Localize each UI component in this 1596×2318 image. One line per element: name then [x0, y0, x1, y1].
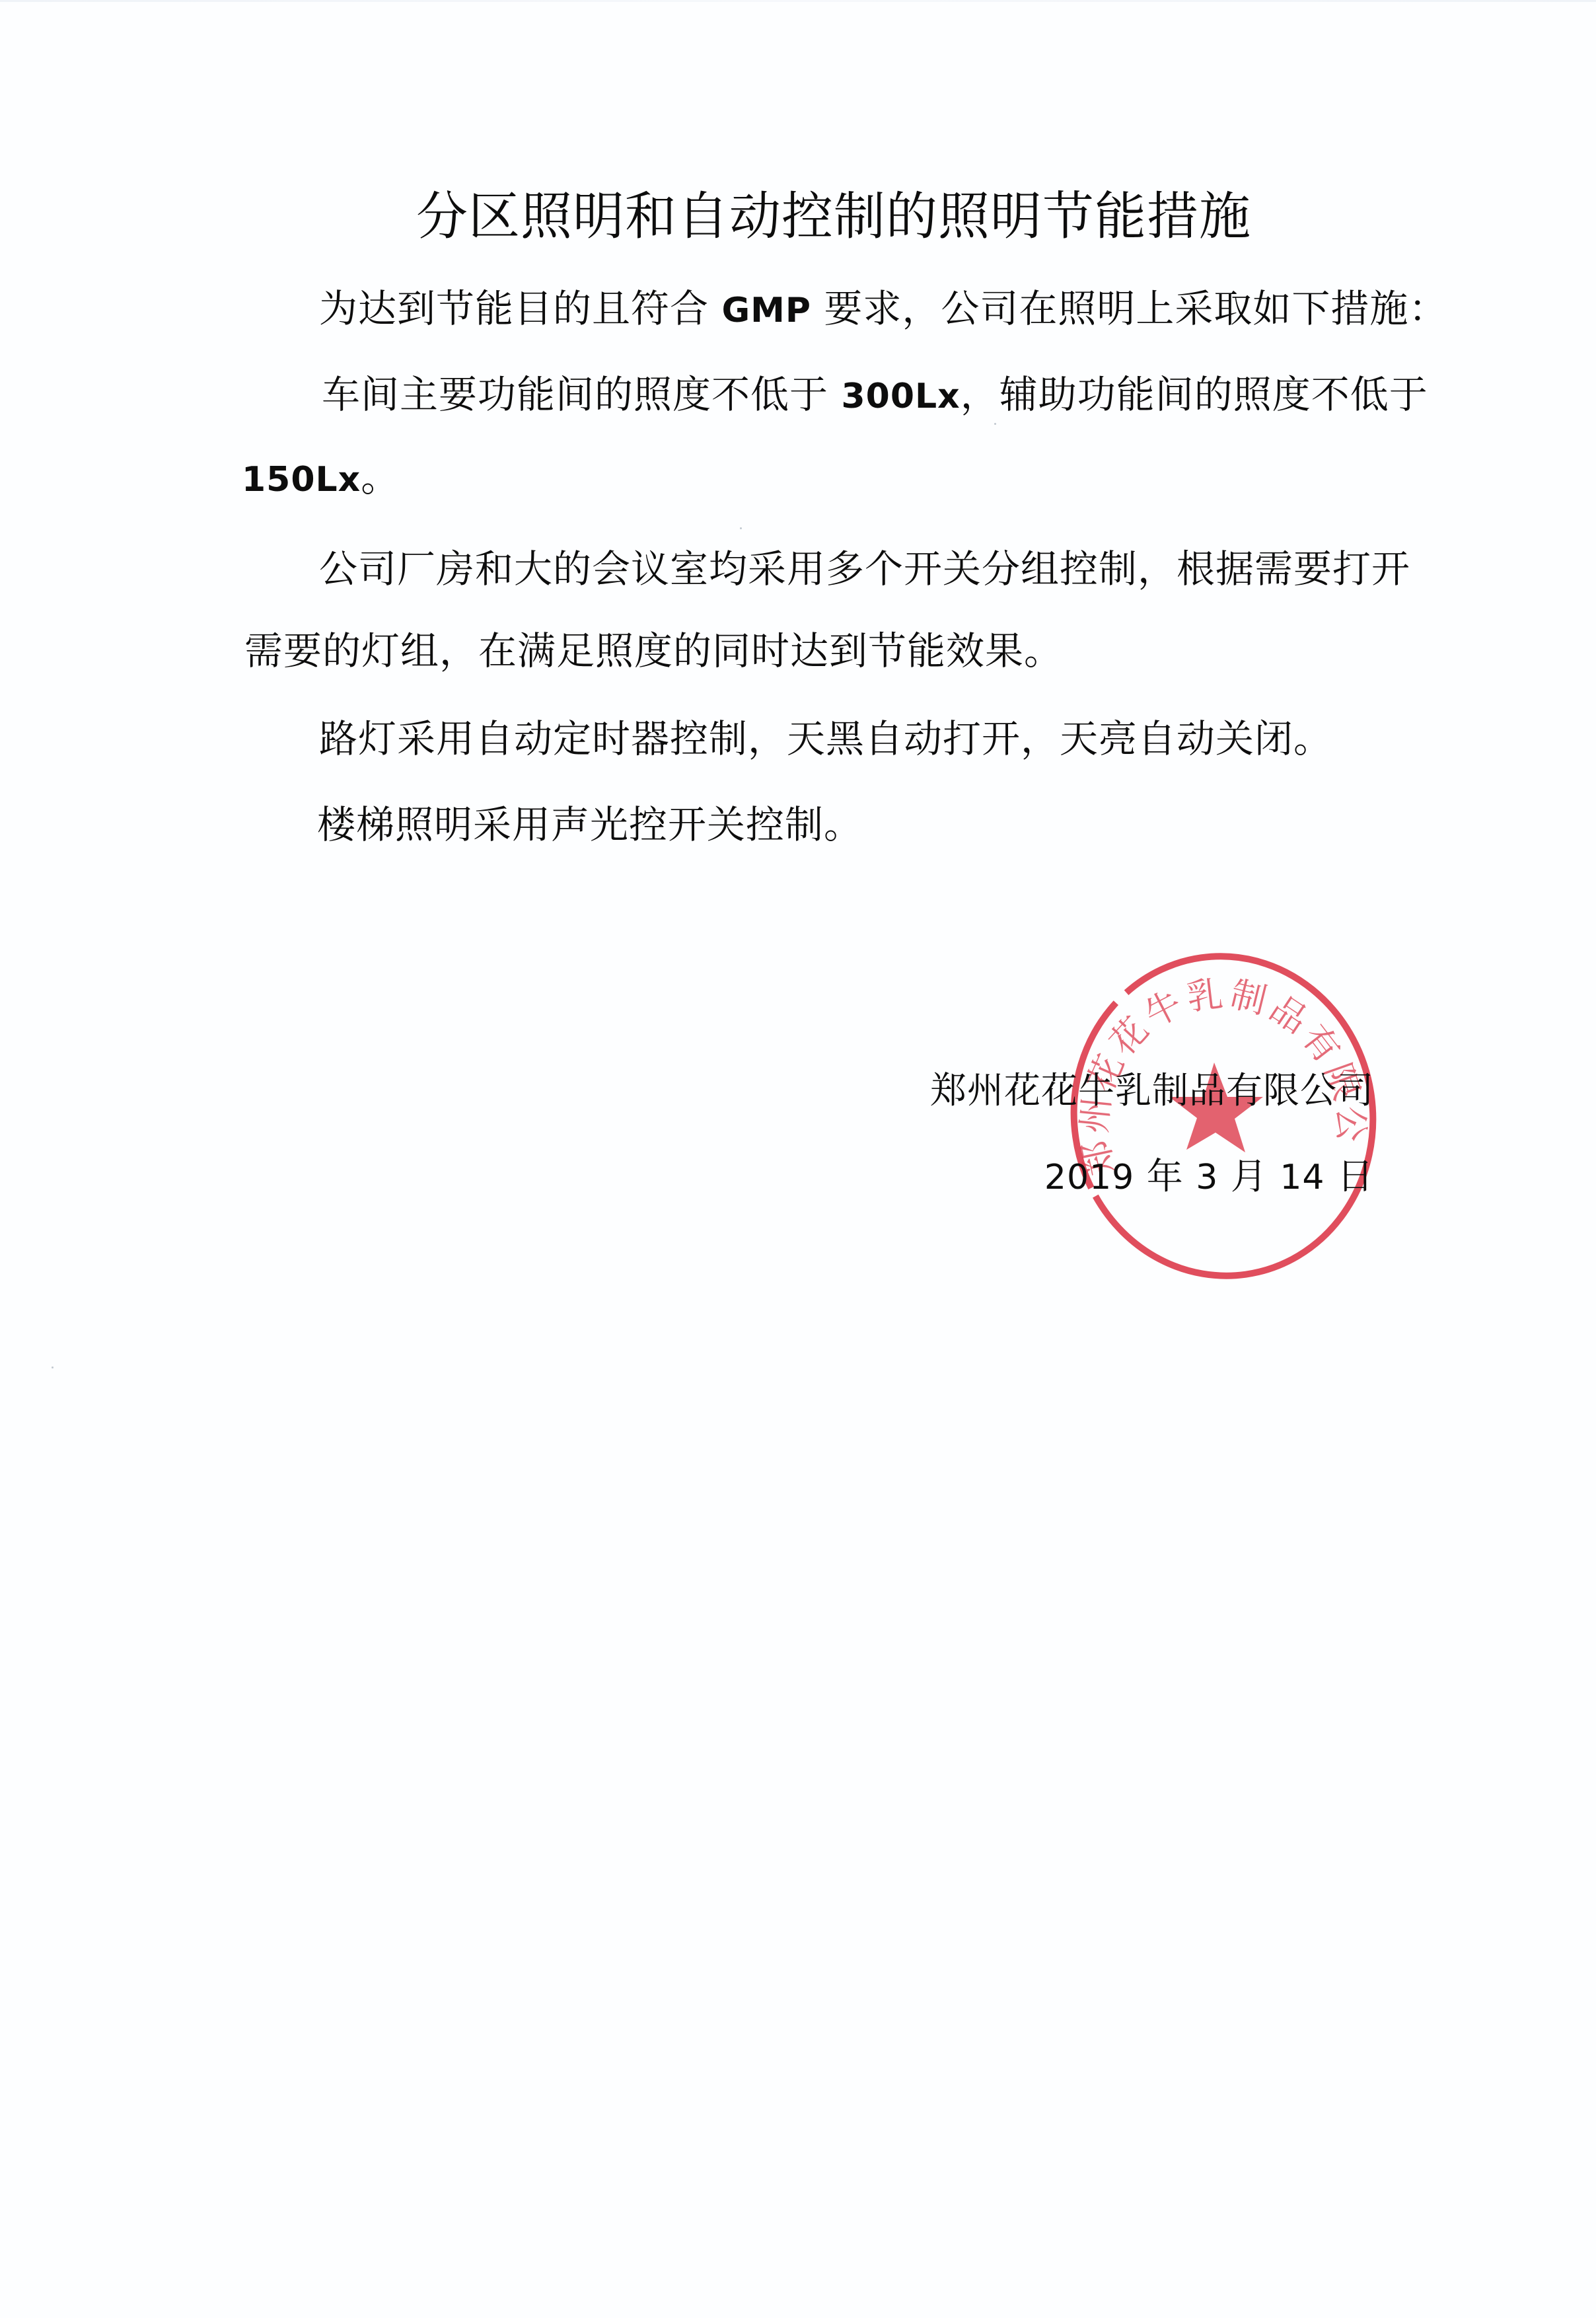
date-day: 14	[1280, 1158, 1324, 1197]
gmp-term: GMP	[721, 291, 811, 330]
illuminance-value-auxiliary: 150Lx	[242, 460, 361, 500]
date-day-unit: 日	[1337, 1155, 1374, 1197]
scan-speck	[994, 423, 996, 425]
illuminance-value-main: 300Lx	[841, 377, 960, 416]
text-segment: 车间主要功能间的照度不低于	[322, 372, 841, 417]
date-month-unit: 月	[1231, 1155, 1268, 1197]
paragraph-street-lights: 路灯采用自动定时器控制，天黑自动打开，天亮自动关闭。	[319, 718, 1332, 759]
paragraph-illuminance-line-2: 150Lx。	[242, 457, 400, 500]
paragraph-group-switching-line-2: 需要的灯组，在满足照度的同时达到节能效果。	[244, 630, 1063, 671]
text-segment: 为达到节能目的且符合	[319, 286, 721, 331]
text-segment: 要求，公司在照明上采取如下措施：	[811, 286, 1447, 331]
signature-company: 郑州花花牛乳制品有限公司	[930, 1070, 1374, 1110]
signature-date: 2019 年 3 月 14 日	[1044, 1156, 1374, 1197]
paragraph-illuminance-line-1: 车间主要功能间的照度不低于 300Lx，辅助功能间的照度不低于	[322, 374, 1428, 417]
date-year: 2019	[1044, 1158, 1134, 1197]
paragraph-intro-line-1: 为达到节能目的且符合 GMP 要求，公司在照明上采取如下措施：	[319, 288, 1447, 331]
company-seal-stamp: 郑州花花牛乳制品有限公司	[1065, 948, 1382, 1285]
document-title: 分区照明和自动控制的照明节能措施	[416, 190, 1209, 243]
document-page: 分区照明和自动控制的照明节能措施 为达到节能目的且符合 GMP 要求，公司在照明…	[0, 0, 1596, 2318]
scan-edge-artifact	[0, 0, 1596, 2]
paragraph-group-switching-line-1: 公司厂房和大的会议室均采用多个开关分组控制，根据需要打开	[319, 548, 1410, 589]
scan-speck	[740, 527, 742, 529]
text-segment: 。	[361, 455, 400, 500]
seal-ring	[1065, 948, 1382, 1285]
text-segment: ，辅助功能间的照度不低于	[961, 372, 1428, 417]
paragraph-stairs: 楼梯照明采用声光控开关控制。	[317, 804, 863, 845]
date-month: 3	[1196, 1158, 1218, 1197]
scan-speck	[52, 1366, 54, 1368]
date-year-unit: 年	[1147, 1155, 1184, 1197]
